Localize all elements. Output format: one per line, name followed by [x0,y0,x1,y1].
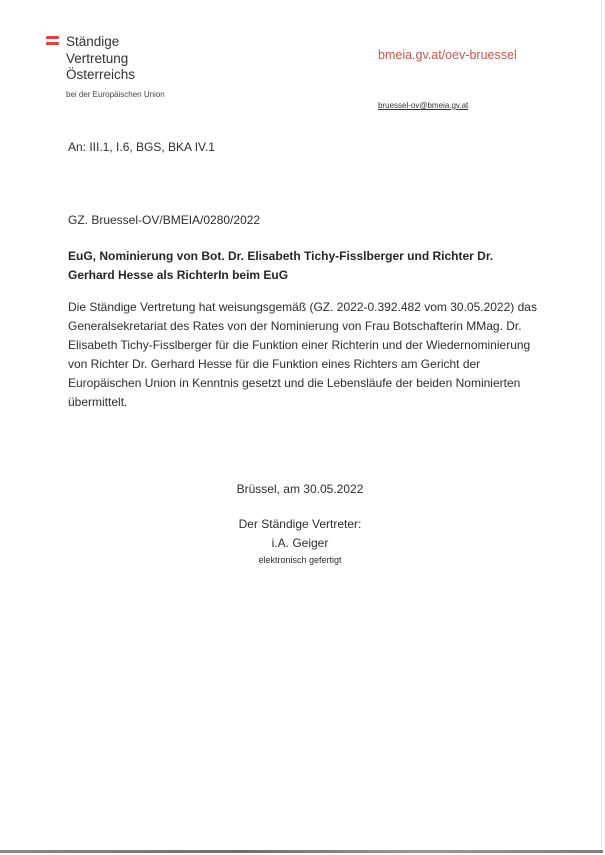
addressees: An: III.1, I.6, BGS, BKA IV.1 [68,140,215,154]
body-line: von Richter Dr. Gerhard Hesse für die Fu… [68,355,548,374]
body-line: Generalsekretariat des Rates von der Nom… [68,317,548,336]
signatory-name: i.A. Geiger [200,536,400,550]
signature-note: elektronisch gefertigt [200,555,400,565]
organization-subtitle: bei der Europäischen Union [66,90,165,99]
scan-edge-right [601,0,602,848]
reference-number: GZ. Bruessel-OV/BMEIA/0280/2022 [68,213,260,227]
org-name-line: Österreichs [66,67,206,84]
scan-edge-bottom [0,850,603,853]
body-paragraph: Die Ständige Vertretung hat weisungsgemä… [68,298,548,412]
body-line: Europäischen Union in Kenntnis gesetzt u… [68,374,548,393]
place-and-date: Brüssel, am 30.05.2022 [200,482,400,496]
org-name-line: Vertretung [66,51,206,68]
organization-name: Ständige Vertretung Österreichs [66,34,206,84]
austrian-flag-icon [46,36,59,45]
org-name-line: Ständige [66,34,206,51]
signatory-title: Der Ständige Vertreter: [200,517,400,531]
document-page: Ständige Vertretung Österreichs bei der … [0,0,605,855]
body-line: Die Ständige Vertretung hat weisungsgemä… [68,298,548,317]
subject-heading: EuG, Nominierung von Bot. Dr. Elisabeth … [68,247,538,285]
body-line: Elisabeth Tichy-Fisslberger für die Funk… [68,336,548,355]
body-line: übermittelt. [68,393,548,412]
email-link[interactable]: bruessel-ov@bmeia.gv.at [378,101,468,110]
website-link[interactable]: bmeia.gv.at/oev-bruessel [378,48,517,62]
